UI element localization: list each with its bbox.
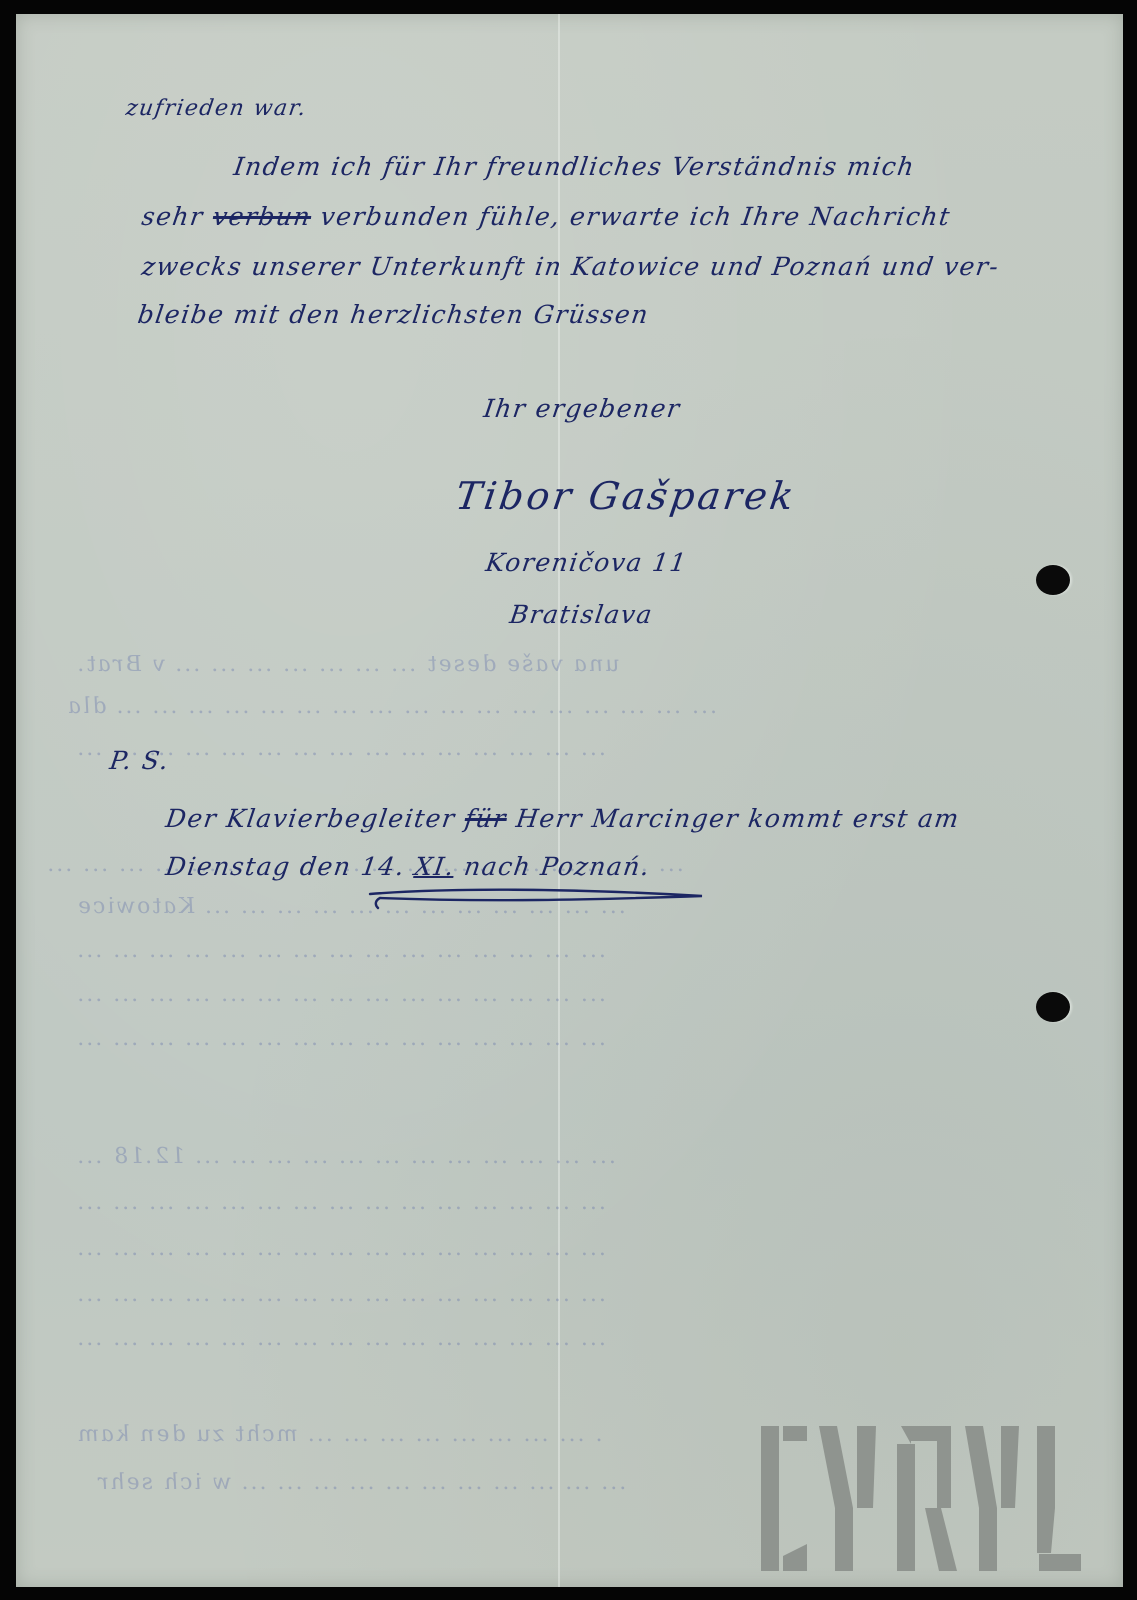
address-city: Bratislava [508,600,655,629]
postscript-line-2: Dienstag den 14. XI. nach Poznań. [164,852,653,881]
postscript-label: P. S. [108,746,171,775]
letter-line-4: zwecks unserer Unterkunft in Katowice un… [140,252,1001,281]
struck-word: verbun [211,202,313,231]
bleed-through-line: ... ... ... ... ... ... ... ... ... ... … [74,1282,608,1307]
cyryl-watermark-logo [761,1426,1091,1574]
postscript-text: Dienstag den 14. [164,852,407,881]
bleed-through-line: ... ... ... ... ... ... ... ... ... ... … [74,938,608,963]
postscript-text: Herr Marcinger kommt erst am [514,804,962,833]
punch-hole-icon [1036,565,1070,595]
postscript-text: Der Klavierbegleiter [164,804,458,833]
bleed-through-line: ... ... ... ... ... ... ... ... ... ... … [74,1326,608,1351]
closing-salutation: Ihr ergebener [482,394,683,423]
postscript-line-1: Der Klavierbegleiter für Herr Marcinger … [164,804,962,833]
address-street: Koreničova 11 [484,548,689,577]
bleed-through-line: ... ... ... ... ... ... ... ... ... ... … [74,1144,618,1169]
underline-flourish-icon [366,884,706,912]
letter-line-3: sehr verbun verbunden fühle, erwarte ich… [140,202,953,231]
signature: Tibor Gašparek [453,474,799,518]
letter-text: verbunden fühle, erwarte ich Ihre Nachri… [319,202,953,231]
bleed-through-line: ... ... ... ... ... ... ... ... ... ... … [64,694,719,719]
struck-word: für [463,804,509,833]
letter-line-1: zufrieden war. [124,96,308,121]
bleed-through-line: . ... ... ... ... ... ... ... ... mcht z… [74,1422,605,1447]
letter-line-5: bleibe mit den herzlichsten Grüssen [136,300,651,329]
bleed-through-line: una vaše deset ... ... ... ... ... ... .… [74,652,621,677]
bleed-through-line: ... ... ... ... ... ... ... ... ... ... … [74,1026,608,1051]
paper-fold-line [558,14,560,1587]
postscript-text: nach Poznań. [462,852,652,881]
bleed-through-line: ... ... ... ... ... ... ... ... ... ... … [74,982,608,1007]
punch-hole-icon [1036,992,1070,1022]
postscript-month: XI. [413,852,457,881]
letter-page: una vaše deset ... ... ... ... ... ... .… [16,14,1123,1587]
letter-line-2: Indem ich für Ihr freundliches Verständn… [232,152,917,181]
bleed-through-line: ... ... ... ... ... ... ... ... ... ... … [74,1236,608,1261]
letter-word: sehr [140,202,206,231]
bleed-through-line: ... ... ... ... ... ... ... ... ... ... … [94,1470,629,1495]
bleed-through-line: ... ... ... ... ... ... ... ... ... ... … [74,1190,608,1215]
